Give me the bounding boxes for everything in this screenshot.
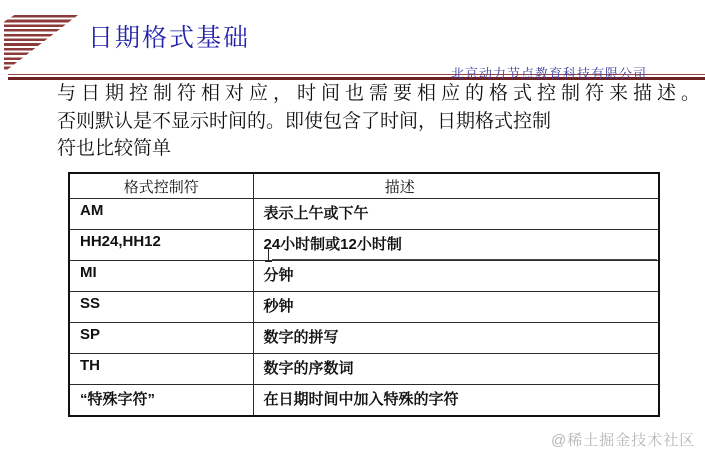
slide-title: 日期格式基础 [88, 18, 250, 54]
code-cell: AM [69, 199, 253, 230]
desc-cell: 表示上午或下午 [253, 199, 659, 230]
desc-cell: 秒钟 [253, 292, 659, 323]
striped-triangle-icon [4, 15, 78, 71]
slide: 日期格式基础 北京动力节点教育科技有限公司 与日期控制符相对应，时间也需要相应的… [0, 0, 705, 459]
blank-underline [272, 259, 657, 260]
table-row: TH 数字的序数词 [69, 354, 659, 385]
body-paragraph: 与日期控制符相对应，时间也需要相应的格式控制符来描述。 否则默认是不显示时间的。… [57, 80, 705, 163]
table-row: “特殊字符” 在日期时间中加入特殊的字符 [69, 385, 659, 417]
code-cell: MI [69, 261, 253, 292]
table-row: SS 秒钟 [69, 292, 659, 323]
code-cell: SS [69, 292, 253, 323]
header-format-control: 格式控制符 [69, 173, 253, 199]
code-cell: HH24,HH12 [69, 230, 253, 261]
format-control-table: 格式控制符 描述 AM 表示上午或下午 HH24,HH12 24小时制或12小时… [68, 172, 660, 417]
code-cell: TH [69, 354, 253, 385]
table-row: HH24,HH12 24小时制或12小时制 [69, 230, 659, 261]
juejin-watermark: @稀土掘金技术社区 [551, 429, 695, 450]
table-header-row: 格式控制符 描述 [69, 173, 659, 199]
desc-cell: 分钟 [253, 261, 659, 292]
code-cell: SP [69, 323, 253, 354]
code-cell: “特殊字符” [69, 385, 253, 417]
paragraph-line-1: 与日期控制符相对应，时间也需要相应的格式控制符来描述。 [57, 80, 705, 108]
desc-cell: 在日期时间中加入特殊的字符 [253, 385, 659, 417]
header-description: 描述 [253, 173, 659, 199]
desc-cell: 数字的序数词 [253, 354, 659, 385]
paragraph-line-3: 符也比较简单 [57, 135, 705, 163]
table-row: SP 数字的拼写 [69, 323, 659, 354]
table-row: AM 表示上午或下午 [69, 199, 659, 230]
paragraph-line-2: 否则默认是不显示时间的。即使包含了时间，日期格式控制 [57, 108, 705, 136]
desc-cell: 24小时制或12小时制 [253, 230, 659, 261]
table-row: MI 分钟 [69, 261, 659, 292]
desc-cell: 数字的拼写 [253, 323, 659, 354]
